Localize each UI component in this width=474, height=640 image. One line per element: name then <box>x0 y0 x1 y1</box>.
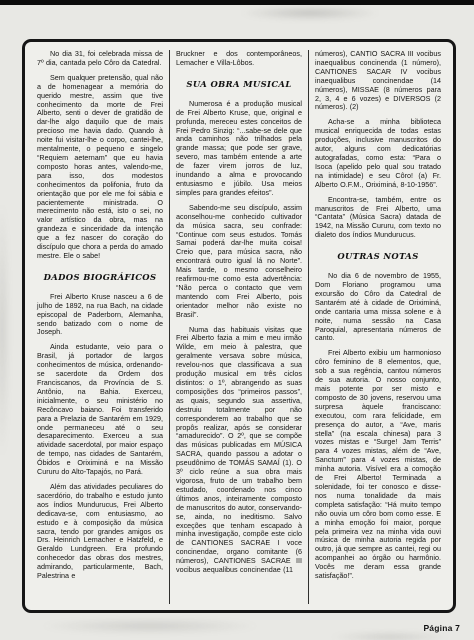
section-heading-dados-biograficos: DADOS BIOGRÁFICOS <box>37 272 163 282</box>
paragraph: Bruckner e dos contemporâneos, Lemacher … <box>176 50 302 68</box>
paragraph: Sabendo-me seu discípulo, assim aconselh… <box>176 204 302 320</box>
scanned-magazine-page: { "document": { "page_number": "Página 7… <box>0 0 474 640</box>
article-frame: No dia 31, foi celebrada missa de 7º dia… <box>22 39 456 613</box>
page-number: Página 7 <box>423 623 460 633</box>
text-column-2: Bruckner e dos contemporâneos, Lemacher … <box>169 50 309 604</box>
top-scan-bar <box>0 0 474 5</box>
text-column-1: No dia 31, foi celebrada missa de 7º dia… <box>31 50 169 604</box>
scan-smudge <box>0 200 10 460</box>
section-heading-sua-obra-musical: SUA OBRA MUSICAL <box>176 79 302 89</box>
paragraph: Acha-se a minha biblioteca musical enriq… <box>315 118 441 189</box>
scan-smudge <box>40 618 260 634</box>
paragraph: Ainda estudante, veio para o Brasil, já … <box>37 343 163 477</box>
paragraph: Numerosa é a produção musical de Frei Al… <box>176 100 302 198</box>
paragraph: No dia 31, foi celebrada missa de 7º dia… <box>37 50 163 68</box>
scan-smudge <box>240 6 380 20</box>
paragraph: Sem qualquer pretensão, qual não a de ho… <box>37 74 163 261</box>
paragraph: No dia 6 de novembro de 1955, Dom Floria… <box>315 272 441 343</box>
paragraph: números), CANTIO SACRA III vocibus inaeq… <box>315 50 441 112</box>
column-layout: No dia 31, foi celebrada missa de 7º dia… <box>31 50 447 604</box>
paragraph: Numa das habituais visitas que Frei Albe… <box>176 326 302 575</box>
paragraph: Além das atividades peculiares do sacerd… <box>37 483 163 581</box>
paragraph: Frei Alberto Kruse nasceu a 6 de julho d… <box>37 293 163 338</box>
paragraph: Frei Alberto exibiu um harmonioso côro f… <box>315 349 441 581</box>
text-column-3: números), CANTIO SACRA III vocibus inaeq… <box>309 50 447 604</box>
paragraph: Encontra-se, também, entre os manuscrito… <box>315 196 441 241</box>
scan-smudge <box>330 632 450 640</box>
section-heading-outras-notas: OUTRAS NOTAS <box>315 251 441 261</box>
